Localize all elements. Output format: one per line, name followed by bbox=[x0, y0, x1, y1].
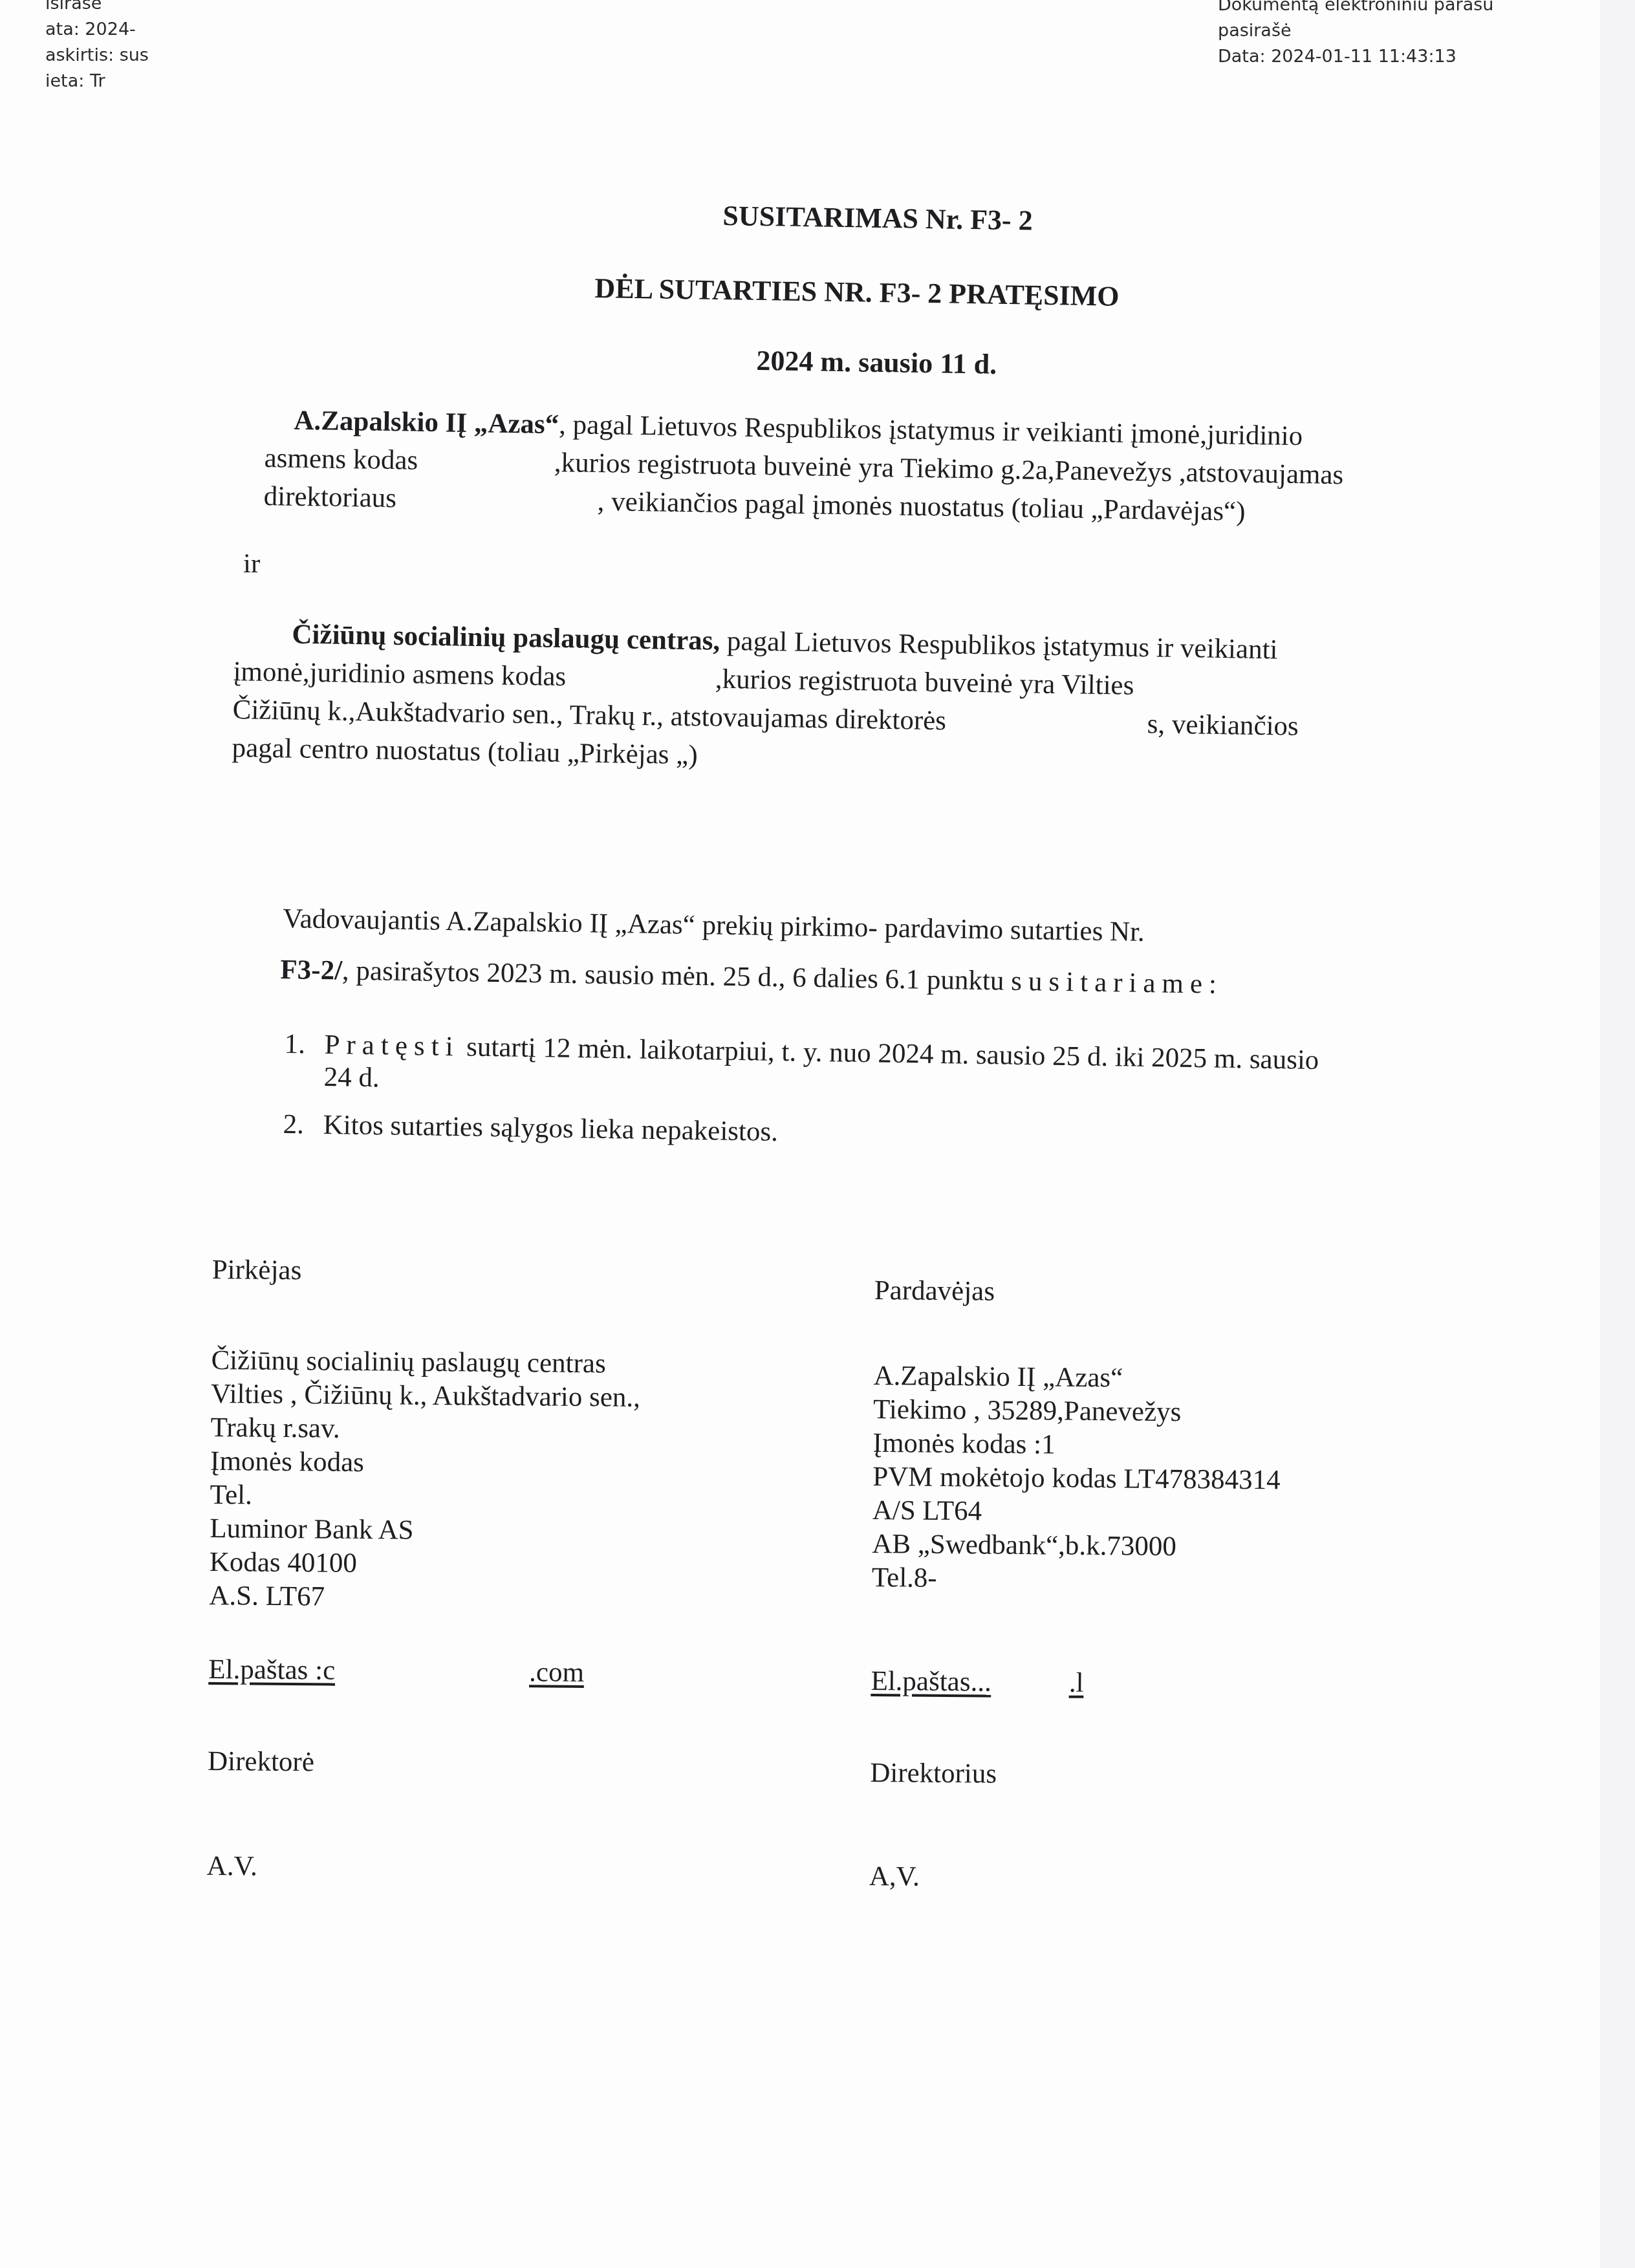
list-number: 2. bbox=[283, 1108, 323, 1141]
body-intro-line: Vadovaujantis A.Zapalskio IĮ „Azas“ prek… bbox=[283, 891, 1145, 960]
text: asmens kodas bbox=[264, 443, 425, 476]
scan-edge bbox=[1601, 0, 1635, 2268]
detail-line: Trakų r.sav. bbox=[210, 1411, 640, 1449]
document-subtitle: DĖL SUTARTIES NR. F3- 2 PRATĘSIMO bbox=[594, 272, 1120, 313]
text: , pasirašytos 2023 m. sausio mėn. 25 d.,… bbox=[342, 956, 1012, 997]
buyer-intro-paragraph: Čižiūnų socialinių paslaugų centras, pag… bbox=[232, 614, 1300, 784]
detail-line: Tel. bbox=[210, 1478, 640, 1516]
detail-line: Įmonės kodas :1 bbox=[872, 1427, 1281, 1463]
buyer-seal-mark: A.V. bbox=[207, 1850, 636, 1887]
e-signature-stamp-right: Dokumentą elektroniniu parašu pasirašė D… bbox=[1218, 6, 1493, 70]
text: ,kurios registruota buveinė yra Vilties bbox=[715, 664, 1134, 701]
detail-line: PVM mokėtojo kodas LT478384314 bbox=[872, 1460, 1281, 1497]
text: El.paštas :c bbox=[208, 1654, 335, 1686]
detail-line: A.S. LT67 bbox=[209, 1579, 638, 1617]
buyer-details-block: Pirkėjas Čižiūnų socialinių paslaugų cen… bbox=[207, 1253, 642, 1887]
stamp-signature-date: Data: 2024-01-11 11:43:13 bbox=[1218, 44, 1493, 70]
detail-line: Tel.8- bbox=[872, 1561, 1280, 1598]
text: įmonė,juridinio asmens kodas bbox=[233, 656, 573, 692]
document-title: SUSITARIMAS Nr. F3- 2 bbox=[722, 199, 1033, 237]
text: .com bbox=[529, 1657, 584, 1688]
detail-line: Tiekimo , 35289,Panevežys bbox=[873, 1393, 1281, 1430]
text: direktoriaus bbox=[263, 481, 404, 513]
stamp-line: pasirašė bbox=[1218, 18, 1493, 44]
redacted-code: x bbox=[573, 658, 716, 698]
document-date: 2024 m. sausio 11 d. bbox=[756, 344, 997, 381]
seller-seal-mark: A,V. bbox=[869, 1860, 1277, 1897]
stamp-line: ısırase bbox=[45, 0, 149, 17]
text: .l bbox=[1069, 1668, 1084, 1698]
detail-line: Luminor Bank AS bbox=[210, 1512, 639, 1550]
agreement-list: 1.Pratęsti sutartį 12 mėn. laikotarpiui,… bbox=[283, 1028, 1319, 1157]
redacted-name: x bbox=[403, 479, 598, 521]
seller-signatory-role: Direktorius bbox=[870, 1756, 1278, 1793]
list-item: 2.Kitos sutarties sąlygos lieka nepakeis… bbox=[283, 1108, 1318, 1157]
list-number: 1. bbox=[284, 1028, 325, 1061]
detail-line: Čižiūnų socialinių paslaugų centras bbox=[211, 1344, 640, 1381]
contract-number: F3-2/ bbox=[280, 955, 342, 986]
detail-line: Vilties , Čižiūnų k., Aukštadvario sen., bbox=[211, 1377, 640, 1415]
text: Pratęsti bbox=[324, 1030, 460, 1062]
conjunction: ir bbox=[243, 545, 260, 583]
stamp-line: ata: 2024- bbox=[45, 17, 149, 43]
stamp-line: askirtis: sus bbox=[45, 43, 149, 69]
detail-line: AB „Swedbank“,b.k.73000 bbox=[872, 1528, 1280, 1564]
text: , veikiančios pagal įmonės nuostatus (to… bbox=[597, 486, 1245, 527]
stamp-line: ieta: Tr bbox=[45, 69, 149, 94]
seller-intro-paragraph: A.Zapalskio IĮ „Azas“, pagal Lietuvos Re… bbox=[263, 401, 1344, 532]
buyer-signatory-role: Direktorė bbox=[208, 1745, 637, 1782]
redacted-code: x bbox=[425, 442, 555, 482]
seller-name: A.Zapalskio IĮ „Azas“ bbox=[294, 405, 559, 440]
seller-heading: Pardavėjas bbox=[874, 1274, 1283, 1311]
buyer-heading: Pirkėjas bbox=[212, 1253, 642, 1291]
text: susitariame: bbox=[1011, 966, 1223, 1000]
buyer-email-link[interactable]: El.paštas :cx.com bbox=[208, 1653, 638, 1690]
text: Kitos sutarties sąlygos lieka nepakeisto… bbox=[323, 1110, 778, 1147]
buyer-name: Čižiūnų socialinių paslaugų centras, bbox=[292, 619, 720, 656]
text: pagal Lietuvos Respublikos įstatymus ir … bbox=[720, 626, 1278, 665]
seller-details-block: Pardavėjas A.Zapalskio IĮ „Azas“ Tiekimo… bbox=[869, 1274, 1283, 1897]
detail-line: A.Zapalskio IĮ „Azas“ bbox=[873, 1359, 1281, 1396]
text: s, veikiančios bbox=[1147, 709, 1299, 742]
text: El.paštas... bbox=[871, 1666, 991, 1698]
e-signature-stamp-left: ısırase ata: 2024- askirtis: sus ieta: T… bbox=[45, 0, 149, 94]
redacted-name: x bbox=[953, 702, 1147, 743]
detail-line: Įmonės kodas bbox=[210, 1445, 640, 1482]
detail-line: A/S LT64 bbox=[872, 1494, 1281, 1531]
stamp-line: Dokumentą elektroniniu parašu bbox=[1218, 0, 1493, 18]
seller-email-link[interactable]: El.paštas...x.l bbox=[871, 1665, 1279, 1701]
detail-line: Kodas 40100 bbox=[210, 1546, 639, 1583]
